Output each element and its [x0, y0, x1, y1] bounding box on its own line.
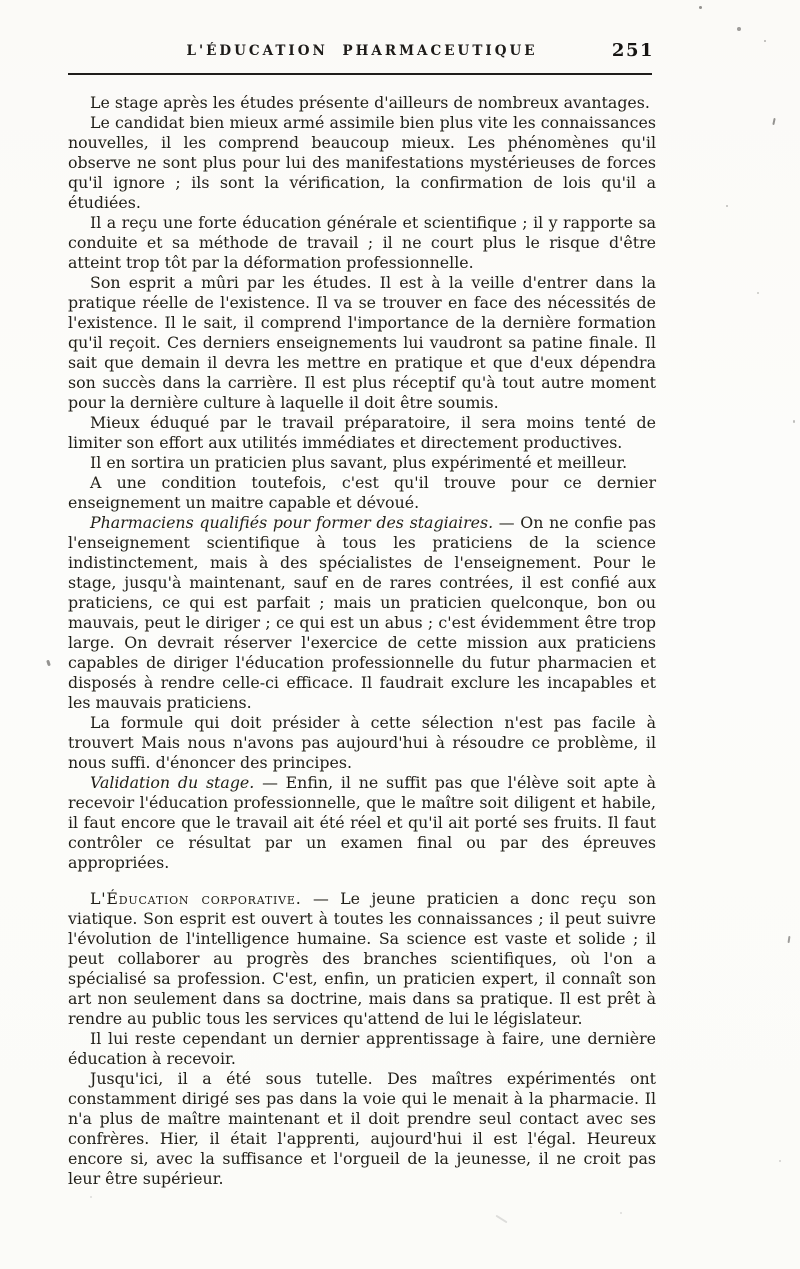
- paragraph-6: Il en sortira un praticien plus savant, …: [68, 453, 656, 473]
- paragraph-10: Validation du stage. — Enfin, il ne suff…: [68, 773, 656, 873]
- scan-speck: [90, 1196, 92, 1198]
- paragraph-4: Son esprit a mûri par les études. Il est…: [68, 273, 656, 413]
- paragraph-5: Mieux éduqué par le travail préparatoire…: [68, 413, 656, 453]
- paragraph-body: — Le jeune praticien a donc reçu son via…: [68, 889, 656, 1028]
- page-header: L'ÉDUCATION PHARMACEUTIQUE 251: [68, 0, 656, 61]
- scanned-book-page: L'ÉDUCATION PHARMACEUTIQUE 251 Le stage …: [0, 0, 800, 1269]
- scan-speck: [757, 292, 759, 294]
- page-number: 251: [612, 40, 654, 61]
- scan-speck: [772, 118, 775, 125]
- paragraph-7: A une condition toutefois, c'est qu'il t…: [68, 473, 656, 513]
- header-rule: [68, 73, 652, 75]
- paragraph-lead: Pharmaciens qualifiés pour former des st…: [90, 513, 493, 532]
- scan-speck: [793, 420, 795, 423]
- paragraph-13: Jusqu'ici, il a été sous tutelle. Des ma…: [68, 1069, 656, 1189]
- page-body-text: Le stage après les études présente d'ail…: [68, 93, 656, 1189]
- scan-speck: [699, 6, 702, 9]
- paragraph-1: Le stage après les études présente d'ail…: [68, 93, 656, 113]
- scan-speck: [726, 205, 728, 207]
- paragraph-lead: L'Éducation corporative.: [90, 889, 302, 908]
- scan-speck: [764, 40, 766, 42]
- scan-speck: [530, 1146, 532, 1148]
- scan-speck: [737, 27, 741, 31]
- paragraph-3: Il a reçu une forte éducation générale e…: [68, 213, 656, 273]
- scan-speck: [495, 1215, 507, 1224]
- scan-speck: [788, 936, 791, 943]
- scan-speck: [779, 1160, 781, 1162]
- scan-speck: [46, 660, 51, 667]
- paragraph-body: — On ne confie pas l'enseignement scient…: [68, 513, 656, 712]
- paragraph-2: Le candidat bien mieux armé assimile bie…: [68, 113, 656, 213]
- running-title: L'ÉDUCATION PHARMACEUTIQUE: [68, 43, 656, 59]
- paragraph-11: L'Éducation corporative. — Le jeune prat…: [68, 889, 656, 1029]
- paragraph-12: Il lui reste cependant un dernier appren…: [68, 1029, 656, 1069]
- paragraph-9: La formule qui doit présider à cette sél…: [68, 713, 656, 773]
- paragraph-lead: Validation du stage.: [90, 773, 254, 792]
- paragraph-8: Pharmaciens qualifiés pour former des st…: [68, 513, 656, 713]
- scan-speck: [620, 1212, 622, 1214]
